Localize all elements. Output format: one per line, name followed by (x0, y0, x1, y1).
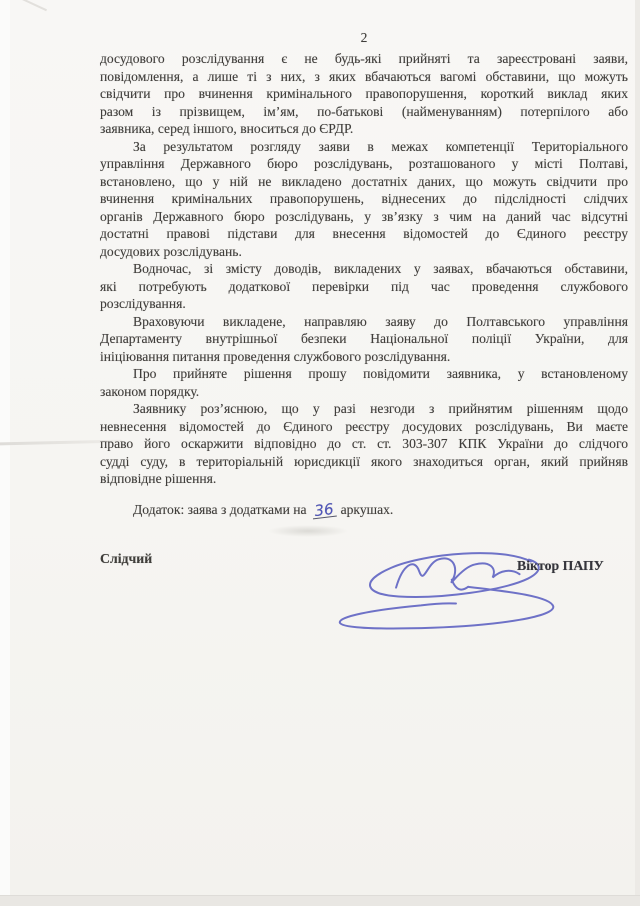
page-content: 2 досудового розслідування є не будь-які… (100, 0, 628, 488)
scan-edge-left (0, 0, 10, 906)
text-line: які потребують додаткової перевірки під … (100, 278, 628, 296)
text-line: невнесення відомостей до Єдиного реєстру… (100, 418, 628, 436)
scanned-document-page: 2 досудового розслідування є не будь-які… (0, 0, 640, 906)
text-line: вчинення кримінальних правопорушень, від… (100, 190, 628, 208)
text-line: законом порядку. (100, 383, 628, 401)
text-line: розслідування. (100, 295, 628, 313)
text-line: Департаменту внутрішньої безпеки Націона… (100, 330, 628, 348)
scan-edge-right (635, 0, 640, 906)
handwritten-signature (336, 530, 596, 655)
text-line: встановлено, що у ній не викладено доста… (100, 173, 628, 191)
text-line: відповідне рішення. (100, 470, 628, 488)
handwritten-sheet-count: 36 (311, 503, 337, 520)
scan-artifact-mark (19, 0, 47, 11)
document-text: досудового розслідування є не будь-які п… (100, 50, 628, 488)
attachment-line: Додаток: заява з додатками на36аркушах. (133, 502, 393, 518)
text-line: достатні правові підстави для внесення в… (100, 225, 628, 243)
text-line: ініціювання питання проведення службовог… (100, 348, 628, 366)
text-line: Про прийняте рішення прошу повідомити за… (100, 365, 628, 383)
text-line: разом із прізвищем, ім’ям, по-батькові (… (100, 103, 628, 121)
text-line: Враховуючи викладене, направляю заяву до… (100, 313, 628, 331)
attachment-prefix: Додаток: заява з додатками на (133, 502, 307, 517)
text-line: свідчити про вчинення кримінального прав… (100, 85, 628, 103)
text-line: За результатом розгляду заяви в межах ко… (100, 138, 628, 156)
text-line: досудових розслідувань. (100, 243, 628, 261)
signatory-role: Слідчий (100, 551, 152, 567)
page-number: 2 (100, 30, 628, 46)
text-line: право його оскаржити відповідно до ст. с… (100, 435, 628, 453)
text-line: Водночас, зі змісту доводів, викладених … (100, 260, 628, 278)
text-line: управління Державного бюро розслідувань,… (100, 155, 628, 173)
signatory-name: Віктор ПАПУ (517, 558, 604, 574)
text-line: судді суду, в територіальній юрисдикції … (100, 453, 628, 471)
text-line: повідомлення, а лише ті з них, з яких вб… (100, 68, 628, 86)
attachment-suffix: аркушах. (341, 502, 394, 517)
text-line: органів Державного бюро розслідувань, у … (100, 208, 628, 226)
text-line: Заявнику роз’яснюю, що у разі незгоди з … (100, 400, 628, 418)
text-line: заявника, серед іншого, вноситься до ЄРД… (100, 120, 628, 138)
scan-edge-bottom (0, 895, 640, 906)
text-line: досудового розслідування є не будь-які п… (100, 50, 628, 68)
